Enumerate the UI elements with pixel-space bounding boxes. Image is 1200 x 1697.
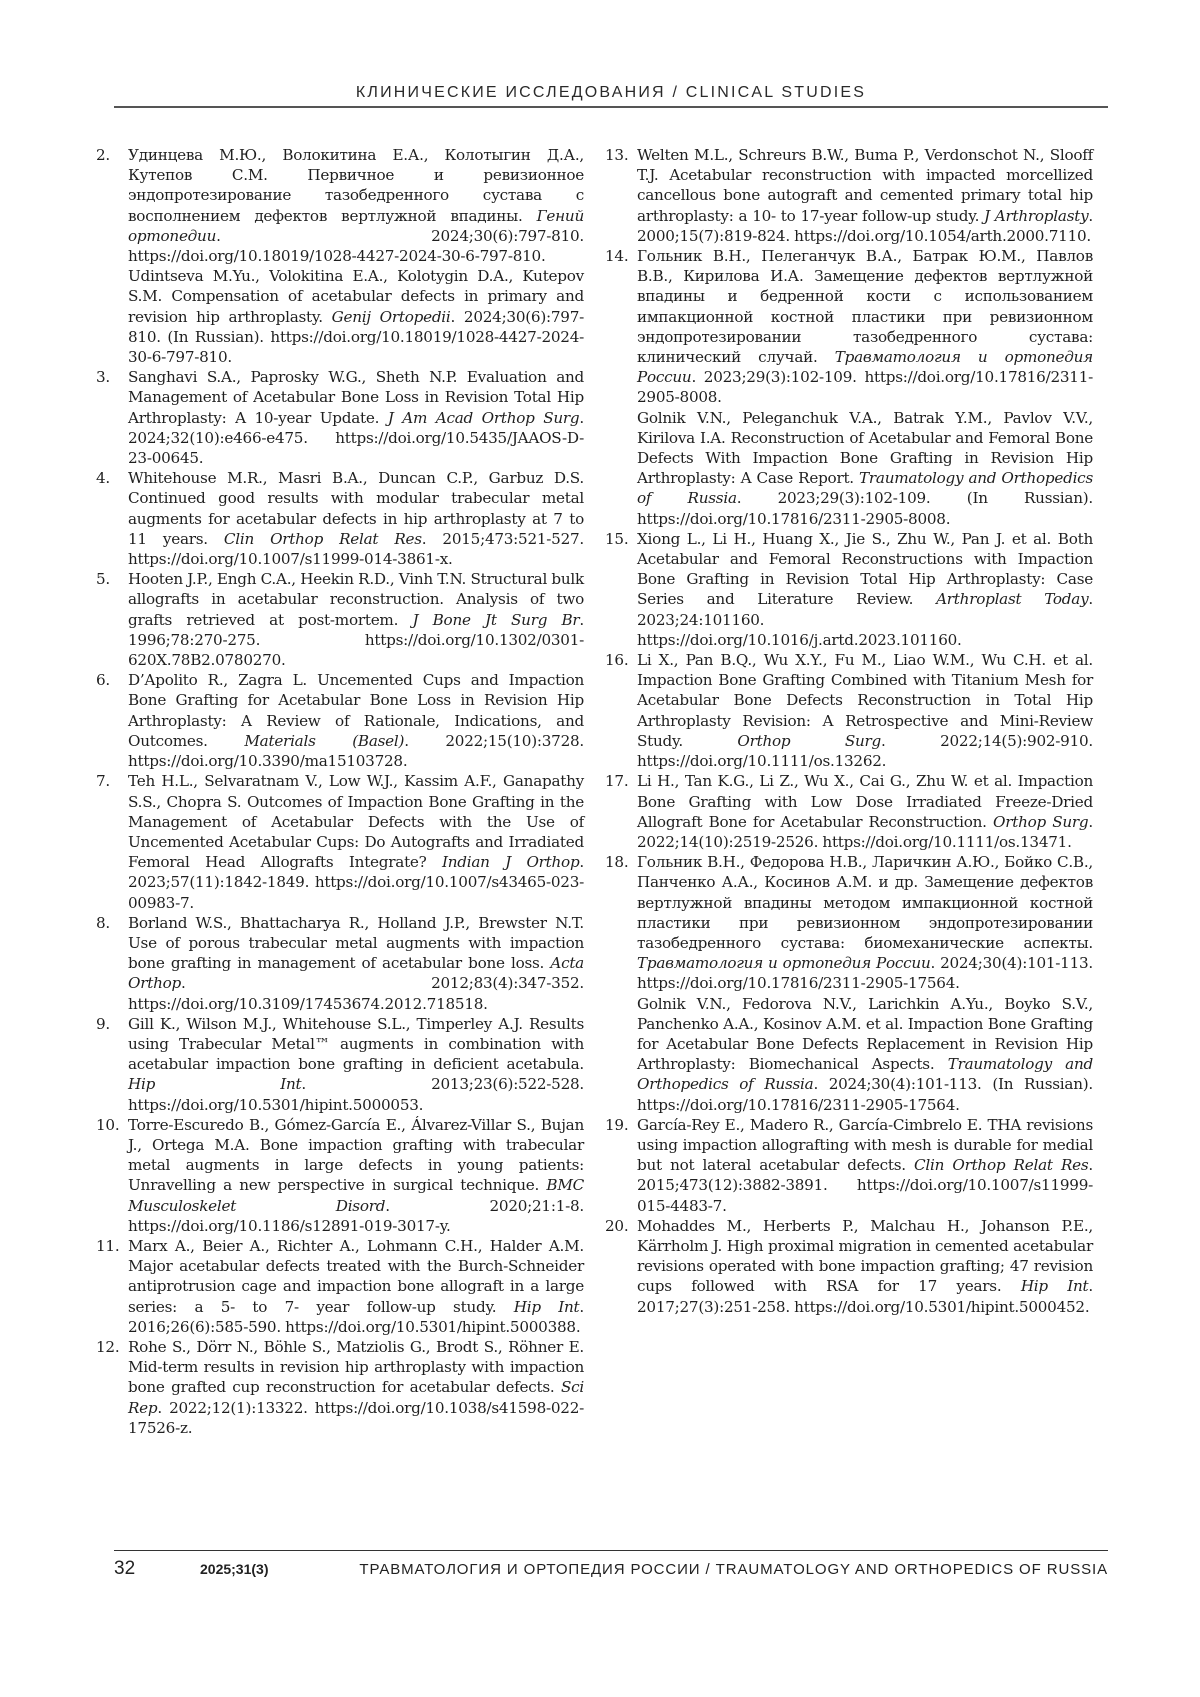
reference-number: 7.: [96, 771, 128, 791]
reference-item: 9. Gill K., Wilson M.J., Whitehouse S.L.…: [96, 1014, 584, 1115]
reference-list: 2. Удинцева М.Ю., Волокитина Е.А., Колот…: [96, 145, 584, 1438]
reference-text: Teh H.L., Selvaratnam V., Low W.J., Kass…: [128, 771, 584, 912]
reference-number: 10.: [96, 1115, 128, 1135]
header-divider: [114, 106, 1108, 108]
journal-title: Hip Int: [1021, 1277, 1089, 1295]
reference-item: 12. Rohe S., Dörr N., Böhle S., Matzioli…: [96, 1337, 584, 1438]
reference-item: 18. Гольник В.Н., Федорова Н.В., Ларички…: [605, 852, 1093, 1115]
journal-title: Orthop Surg: [737, 732, 881, 750]
reference-item: 13. Welten M.L., Schreurs B.W., Buma P.,…: [605, 145, 1093, 246]
reference-text: Гольник В.Н., Федорова Н.В., Ларичкин А.…: [637, 852, 1093, 993]
reference-text: Гольник В.Н., Пелеганчук В.А., Батрак Ю.…: [637, 246, 1093, 408]
reference-number: 14.: [605, 246, 637, 266]
page-number: 32: [114, 1558, 135, 1580]
journal-name: ТРАВМАТОЛОГИЯ И ОРТОПЕДИЯ РОССИИ / TRAUM…: [359, 1561, 1108, 1578]
reference-number: 18.: [605, 852, 637, 872]
reference-number: 5.: [96, 569, 128, 589]
reference-item: 5. Hooten J.P., Engh C.A., Heekin R.D., …: [96, 569, 584, 670]
journal-title: Orthop Surg: [993, 813, 1088, 831]
footer-divider: [114, 1550, 1108, 1551]
reference-text: Borland W.S., Bhattacharya R., Holland J…: [128, 913, 584, 1014]
journal-title: Indian J Orthop: [442, 853, 579, 871]
reference-item: 3. Sanghavi S.A., Paprosky W.G., Sheth N…: [96, 367, 584, 468]
reference-text: Удинцева М.Ю., Волокитина Е.А., Колотыги…: [128, 145, 584, 266]
journal-title: J Am Acad Orthop Surg: [388, 409, 580, 427]
running-header: КЛИНИЧЕСКИЕ ИССЛЕДОВАНИЯ / CLINICAL STUD…: [114, 84, 1108, 108]
journal-title: J Bone Jt Surg Br: [412, 611, 579, 629]
reference-number: 9.: [96, 1014, 128, 1034]
reference-item: 6. D’Apolito R., Zagra L. Uncemented Cup…: [96, 670, 584, 771]
references-left-column: 2. Удинцева М.Ю., Волокитина Е.А., Колот…: [96, 145, 584, 1438]
reference-text: Gill K., Wilson M.J., Whitehouse S.L., T…: [128, 1014, 584, 1115]
journal-title: Arthroplast Today: [936, 590, 1088, 608]
reference-item: 8. Borland W.S., Bhattacharya R., Hollan…: [96, 913, 584, 1014]
reference-item: 4. Whitehouse M.R., Masri B.A., Duncan C…: [96, 468, 584, 569]
reference-item: 2. Удинцева М.Ю., Волокитина Е.А., Колот…: [96, 145, 584, 367]
reference-text: Li X., Pan B.Q., Wu X.Y., Fu M., Liao W.…: [637, 650, 1093, 771]
reference-text: Rohe S., Dörr N., Böhle S., Matziolis G.…: [128, 1337, 584, 1438]
reference-translation: Udintseva M.Yu., Volokitina E.A., Koloty…: [128, 266, 584, 367]
reference-list: 13. Welten M.L., Schreurs B.W., Buma P.,…: [605, 145, 1093, 1317]
reference-text: Torre-Escuredo B., Gómez-García E., Álva…: [128, 1115, 584, 1236]
reference-number: 17.: [605, 771, 637, 791]
reference-text: Hooten J.P., Engh C.A., Heekin R.D., Vin…: [128, 569, 584, 670]
reference-item: 14. Гольник В.Н., Пелеганчук В.А., Батра…: [605, 246, 1093, 529]
reference-text: Marx A., Beier A., Richter A., Lohmann C…: [128, 1236, 584, 1337]
journal-title: Genij Ortopedii: [332, 308, 451, 326]
references-right-column: 13. Welten M.L., Schreurs B.W., Buma P.,…: [605, 145, 1093, 1317]
reference-translation: Golnik V.N., Fedorova N.V., Larichkin A.…: [637, 994, 1093, 1115]
reference-text: Mohaddes M., Herberts P., Malchau H., Jo…: [637, 1216, 1093, 1317]
reference-number: 16.: [605, 650, 637, 670]
reference-number: 15.: [605, 529, 637, 549]
reference-text: García-Rey E., Madero R., García-Cimbrel…: [637, 1115, 1093, 1216]
journal-title: Hip Int: [514, 1298, 580, 1316]
reference-number: 19.: [605, 1115, 637, 1135]
reference-number: 11.: [96, 1236, 128, 1256]
journal-title: Materials (Basel): [244, 732, 404, 750]
journal-title: J Arthroplasty: [984, 207, 1088, 225]
journal-title: Hip Int: [128, 1075, 301, 1093]
reference-text: Welten M.L., Schreurs B.W., Buma P., Ver…: [637, 145, 1093, 246]
reference-item: 20. Mohaddes M., Herberts P., Malchau H.…: [605, 1216, 1093, 1317]
reference-item: 16. Li X., Pan B.Q., Wu X.Y., Fu M., Lia…: [605, 650, 1093, 771]
journal-title: Clin Orthop Relat Res: [224, 530, 422, 548]
reference-number: 4.: [96, 468, 128, 488]
reference-number: 20.: [605, 1216, 637, 1236]
reference-number: 6.: [96, 670, 128, 690]
reference-item: 15. Xiong L., Li H., Huang X., Jie S., Z…: [605, 529, 1093, 650]
reference-item: 19. García-Rey E., Madero R., García-Cim…: [605, 1115, 1093, 1216]
reference-translation: Golnik V.N., Peleganchuk V.A., Batrak Y.…: [637, 408, 1093, 529]
issue-label: 2025;31(3): [200, 1561, 269, 1577]
reference-item: 7. Teh H.L., Selvaratnam V., Low W.J., K…: [96, 771, 584, 912]
reference-item: 11. Marx A., Beier A., Richter A., Lohma…: [96, 1236, 584, 1337]
reference-text: Li H., Tan K.G., Li Z., Wu X., Cai G., Z…: [637, 771, 1093, 852]
journal-title: Clin Orthop Relat Res: [914, 1156, 1088, 1174]
reference-text: D’Apolito R., Zagra L. Uncemented Cups a…: [128, 670, 584, 771]
journal-title: Травматология и ортопедия России: [637, 954, 930, 972]
reference-number: 13.: [605, 145, 637, 165]
reference-text: Sanghavi S.A., Paprosky W.G., Sheth N.P.…: [128, 367, 584, 468]
reference-text: Xiong L., Li H., Huang X., Jie S., Zhu W…: [637, 529, 1093, 650]
page-footer: 32 2025;31(3) ТРАВМАТОЛОГИЯ И ОРТОПЕДИЯ …: [114, 1560, 1108, 1584]
reference-number: 3.: [96, 367, 128, 387]
reference-number: 8.: [96, 913, 128, 933]
reference-number: 2.: [96, 145, 128, 165]
reference-item: 17. Li H., Tan K.G., Li Z., Wu X., Cai G…: [605, 771, 1093, 852]
reference-text: Whitehouse M.R., Masri B.A., Duncan C.P.…: [128, 468, 584, 569]
reference-item: 10. Torre-Escuredo B., Gómez-García E., …: [96, 1115, 584, 1236]
reference-number: 12.: [96, 1337, 128, 1357]
